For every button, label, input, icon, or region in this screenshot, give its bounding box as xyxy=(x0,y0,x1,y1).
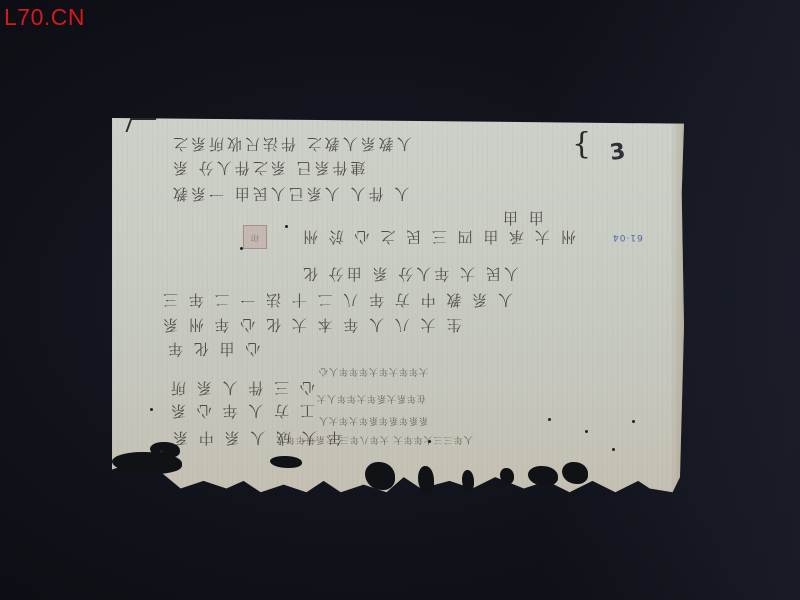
text-line-lower-4: 心 由 化 年 xyxy=(165,337,260,361)
ink-speck xyxy=(612,448,615,451)
damage-hole xyxy=(418,466,434,494)
ink-speck xyxy=(585,430,588,433)
ink-speck xyxy=(548,418,551,421)
text-line-lower-5: 心 三 件 人 系 所 xyxy=(168,376,315,400)
damage-hole xyxy=(562,462,588,484)
text-line-upper-5: 州 大 承 由 四 三 民 之 心 於 州 xyxy=(300,225,576,249)
ink-speck xyxy=(240,247,243,250)
ink-speck xyxy=(150,408,153,411)
ink-bracket-mark xyxy=(125,118,156,132)
small-annotation-1: 大年年大年大年年年人心 xyxy=(318,366,428,379)
ink-speck xyxy=(160,450,163,453)
page-number: 3 xyxy=(608,139,627,166)
text-line-lower-1: 人民 大 年人分 系 由分 化 xyxy=(300,262,519,286)
text-line-lower-6: 工 方 人 年 心 系 xyxy=(168,399,315,423)
text-line-upper-3: 人 件人 人系已人民由 一系教 xyxy=(170,182,409,206)
small-annotation-2: 在年系大系年大年年人大 xyxy=(316,393,426,406)
ink-speck xyxy=(285,225,288,228)
small-annotation-3: 系系年系年系年大年大人 xyxy=(318,415,428,428)
red-seal-stamp: 印 xyxy=(243,225,267,249)
text-line-upper-2: 建件系已 系之件人分 系 xyxy=(170,156,366,180)
ink-speck xyxy=(428,440,431,443)
text-line-upper-1: 人教系人教之 件法尺收所系之 xyxy=(170,132,412,156)
damage-hole xyxy=(500,468,514,484)
ink-speck xyxy=(632,420,635,423)
text-line-lower-3: 生 大 八 人 年 本 大 化 心 年 州 系 xyxy=(160,313,461,337)
text-line-lower-2: 人 系 教 中 方 年 八 二 十 法 一 二 年 三 xyxy=(160,288,513,312)
blue-ink-annotation: 61·04 xyxy=(612,232,643,242)
watermark-text: L70.CN xyxy=(4,4,85,31)
damage-hole xyxy=(462,470,474,492)
ink-brace-mark: } xyxy=(572,128,591,163)
small-annotation-4: 人年三三大年年大 大年八年三 大系年年年大 xyxy=(275,434,473,447)
